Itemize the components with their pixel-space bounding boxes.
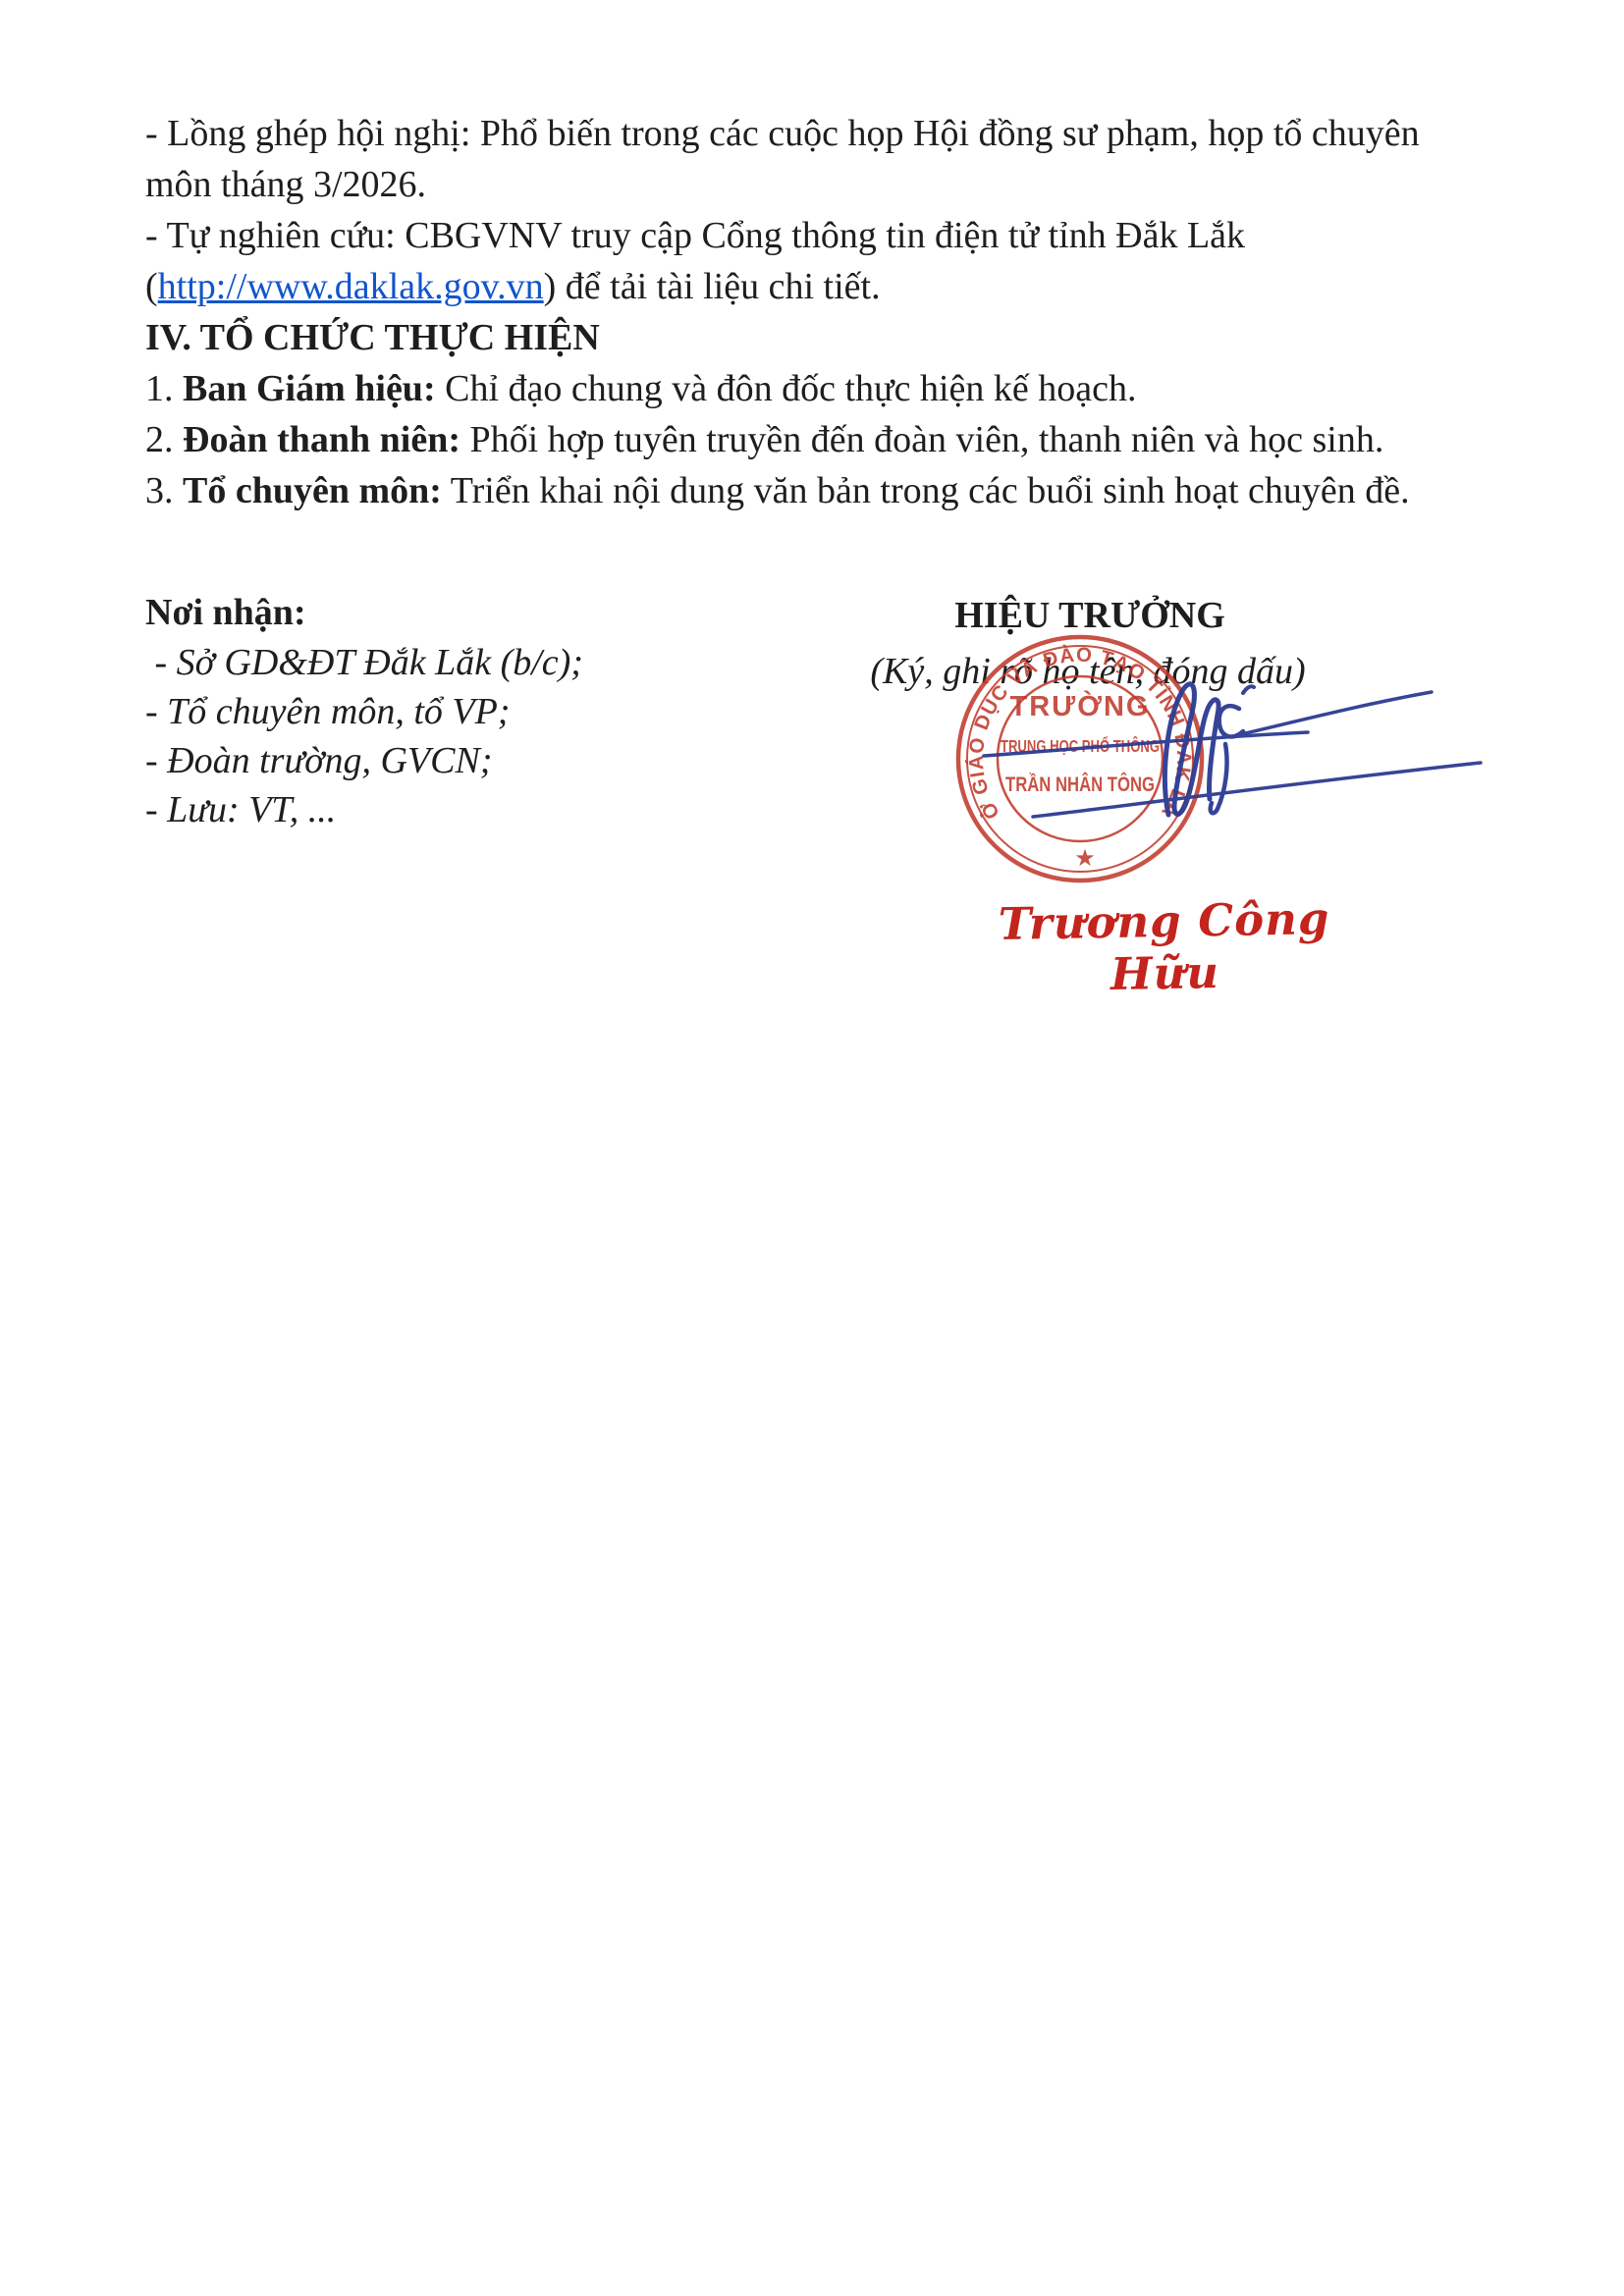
stamp-center-line3: TRẦN NHÂN TÔNG bbox=[1005, 773, 1155, 796]
link-rest-text: ) để tải tài liệu chi tiết. bbox=[544, 266, 881, 307]
signature-tail-hook bbox=[1211, 744, 1227, 813]
signer-title: HIỆU TRƯỞNG bbox=[893, 592, 1286, 639]
item-number: 1. bbox=[145, 368, 183, 409]
body-paragraphs: - Lồng ghép hội nghị: Phổ biến trong các… bbox=[145, 108, 1500, 516]
paragraph-line-1: - Lồng ghép hội nghị: Phổ biến trong các… bbox=[145, 108, 1500, 159]
item-text: Phối hợp tuyên truyền đến đoàn viên, tha… bbox=[460, 419, 1383, 460]
star-icon: ★ bbox=[1074, 845, 1096, 872]
paragraph-line-4: (http://www.daklak.gov.vn) để tải tài li… bbox=[145, 261, 1500, 312]
stamp-inner-ring bbox=[998, 676, 1163, 841]
org-item-3: 3. Tổ chuyên môn: Triển khai nội dung vă… bbox=[145, 465, 1500, 516]
paragraph-line-2: môn tháng 3/2026. bbox=[145, 159, 1500, 210]
recipient-line-2: - Tổ chuyên môn, tổ VP; bbox=[145, 687, 774, 736]
org-item-2: 2. Đoàn thanh niên: Phối hợp tuyên truyề… bbox=[145, 414, 1500, 465]
stamp-center-line2: TRUNG HỌC PHỔ THÔNG bbox=[1001, 735, 1160, 756]
org-item-1: 1. Ban Giám hiệu: Chỉ đạo chung và đôn đ… bbox=[145, 363, 1500, 414]
signer-name: Trương Công Hữu bbox=[989, 892, 1340, 1002]
item-number: 2. bbox=[145, 419, 183, 460]
item-number: 3. bbox=[145, 470, 183, 511]
recipient-line-4: - Lưu: VT, ... bbox=[145, 785, 774, 834]
signature-c-flourish bbox=[1219, 706, 1243, 736]
recipient-line-1: - Sở GD&ĐT Đắk Lắk (b/c); bbox=[145, 638, 774, 687]
document-page: - Lồng ghép hội nghị: Phổ biến trong các… bbox=[0, 0, 1624, 2296]
item-label: Tổ chuyên môn: bbox=[183, 470, 442, 511]
section-heading-iv: IV. TỔ CHỨC THỰC HIỆN bbox=[145, 312, 1500, 363]
item-label: Ban Giám hiệu: bbox=[183, 368, 436, 409]
recipients-label: Nơi nhận: bbox=[145, 587, 774, 638]
signature-upper-stroke bbox=[1237, 692, 1432, 735]
recipient-line-3: - Đoàn trường, GVCN; bbox=[145, 736, 774, 785]
signature-scribble bbox=[1164, 684, 1218, 815]
recipients-block: Nơi nhận: - Sở GD&ĐT Đắk Lắk (b/c); - Tổ… bbox=[145, 587, 774, 834]
signature-lower-stroke bbox=[1033, 763, 1481, 817]
item-label: Đoàn thanh niên: bbox=[183, 419, 460, 460]
paragraph-line-3: - Tự nghiên cứu: CBGVNV truy cập Cổng th… bbox=[145, 210, 1500, 261]
daklak-portal-link[interactable]: http://www.daklak.gov.vn bbox=[158, 266, 544, 307]
link-open-paren: ( bbox=[145, 266, 158, 307]
signature-mid-stroke bbox=[984, 732, 1308, 756]
item-text: Chỉ đạo chung và đôn đốc thực hiện kế ho… bbox=[436, 368, 1137, 409]
signature-instruction: (Ký, ghi rõ họ tên, đóng dấu) bbox=[862, 648, 1314, 695]
item-text: Triển khai nội dung văn bản trong các bu… bbox=[442, 470, 1410, 511]
